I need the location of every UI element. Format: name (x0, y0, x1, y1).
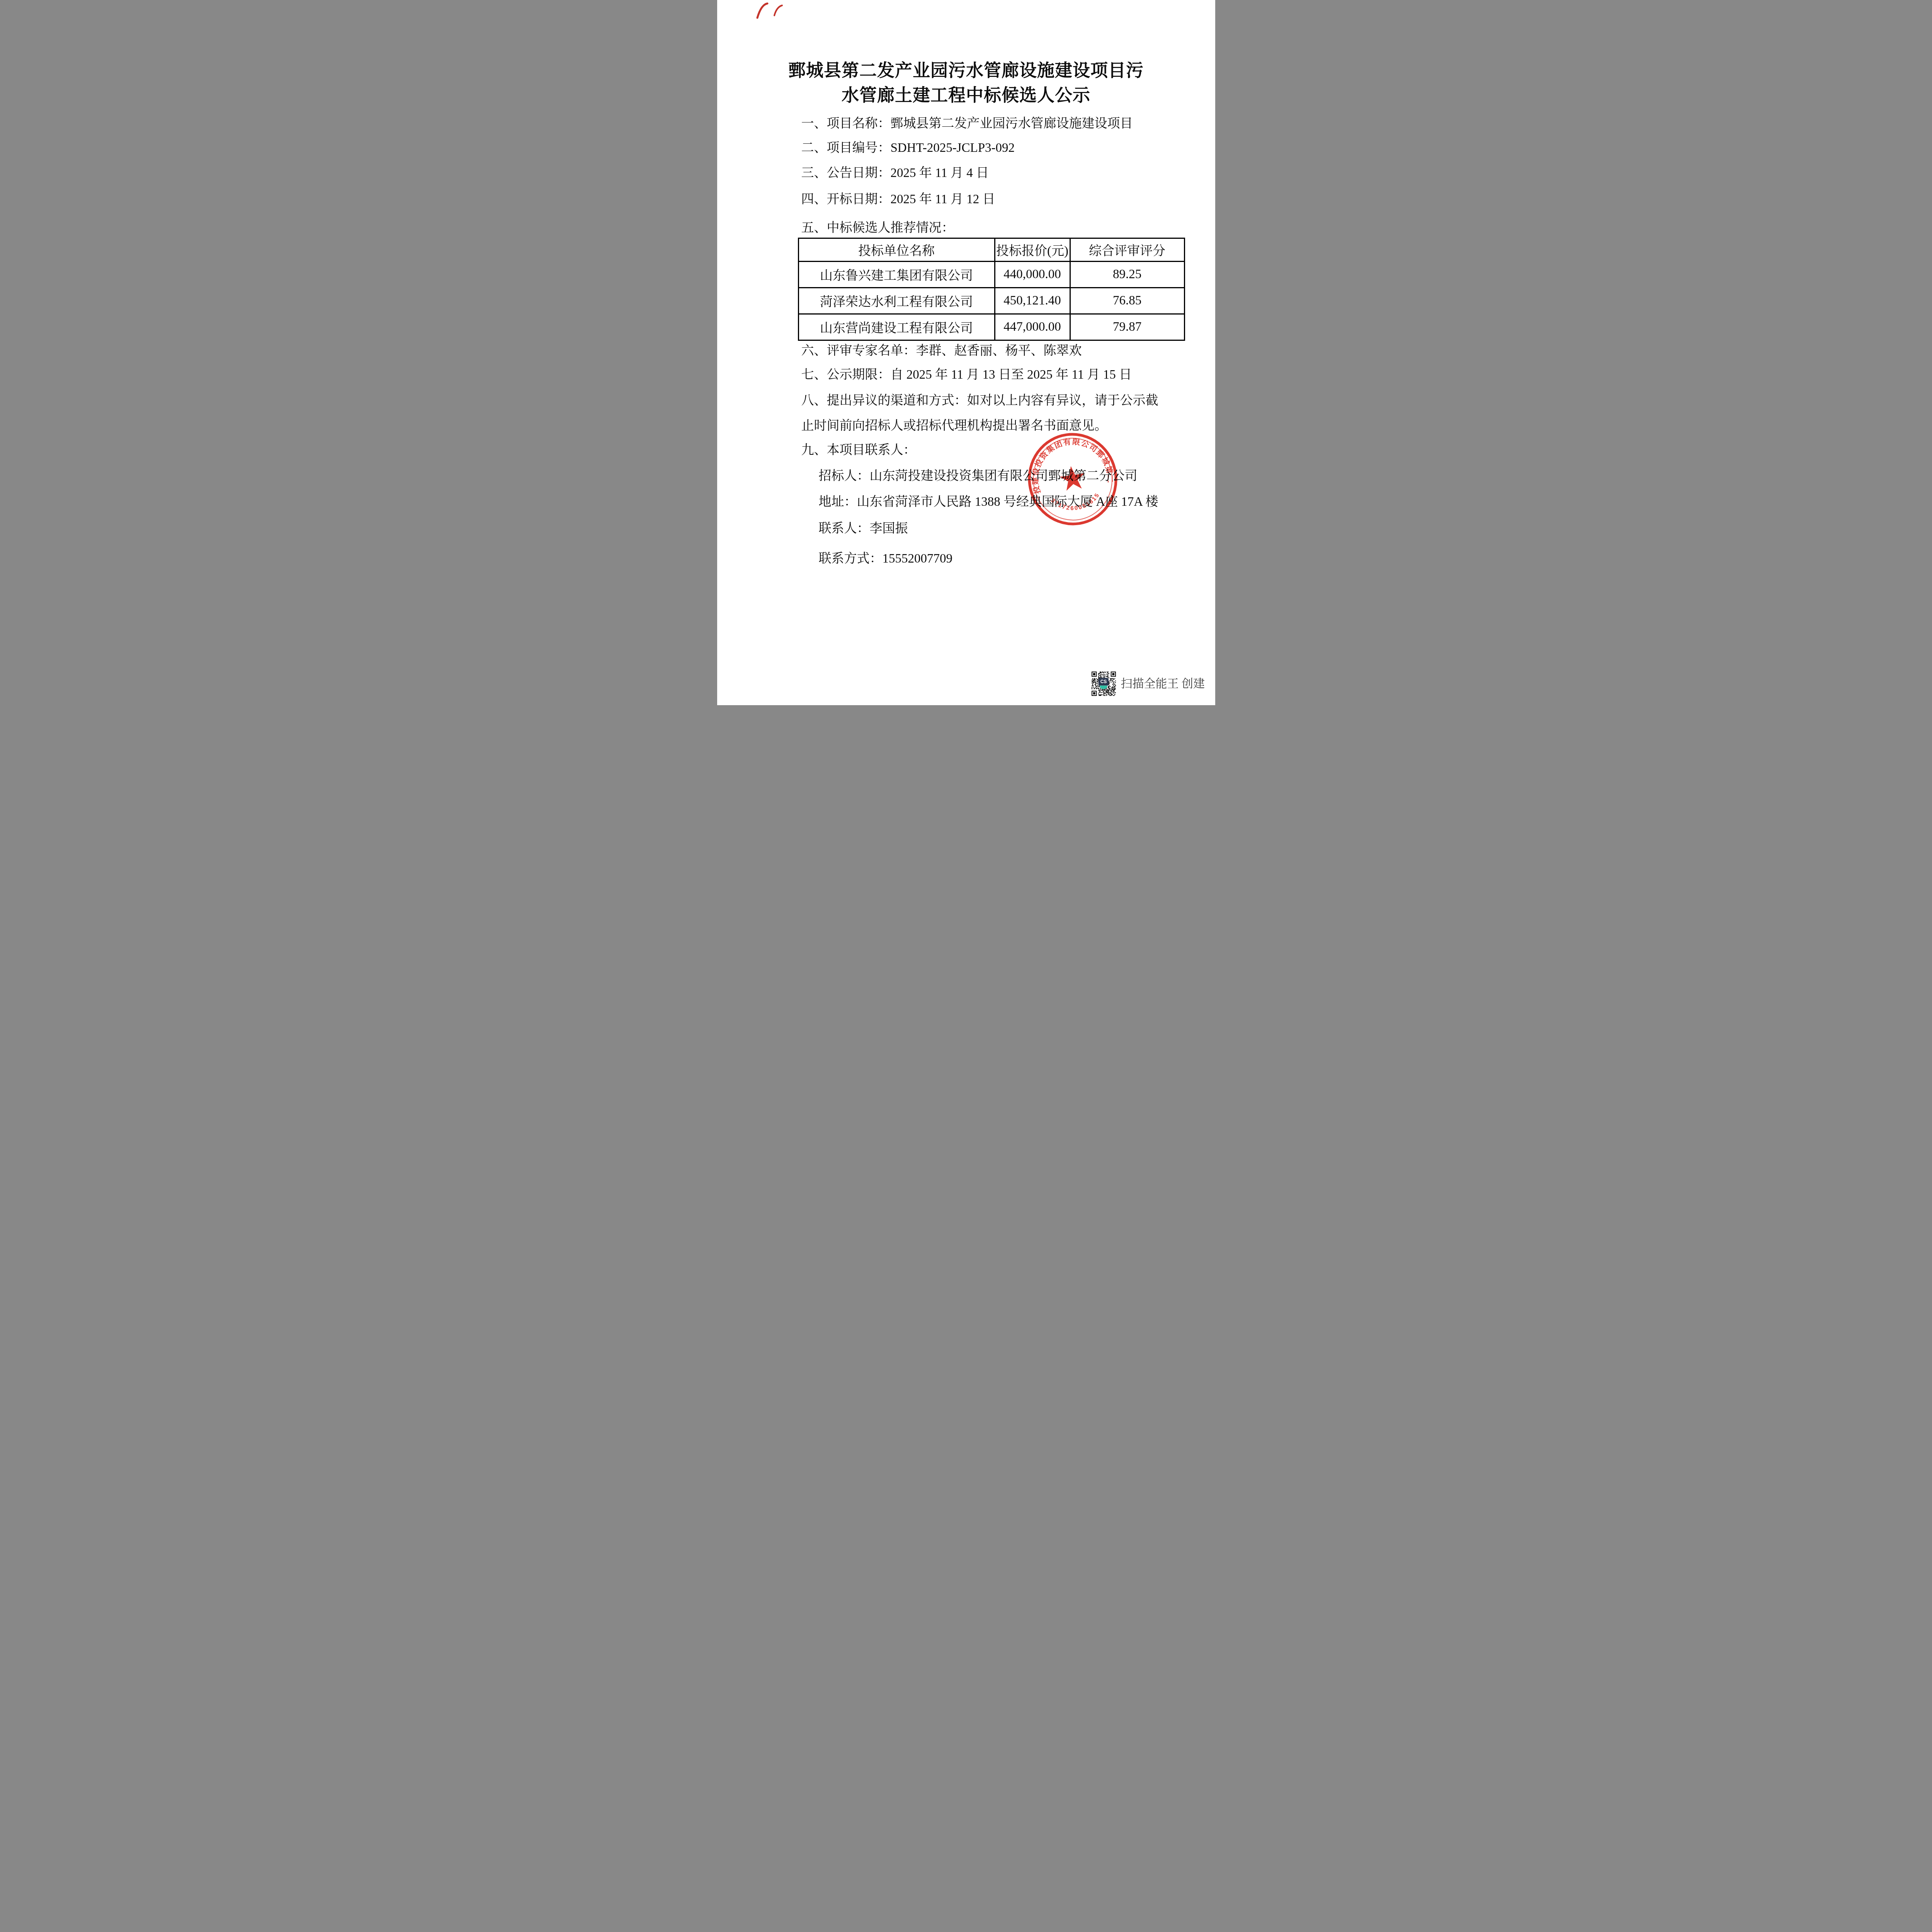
camscanner-logo: CS (1099, 678, 1109, 689)
score-cell: 79.87 (1070, 314, 1184, 340)
item-candidates-heading: 五、中标候选人推荐情况： (801, 220, 954, 236)
item-bid-open-date: 四、开标日期：2025 年 11 月 12 日 (801, 192, 995, 207)
camscanner-logo-tab (1100, 685, 1107, 689)
contact-phone: 联系方式：15552007709 (819, 551, 953, 566)
bid-price-cell: 450,121.40 (995, 288, 1070, 314)
bidder-name-cell: 菏泽荣达水利工程有限公司 (798, 288, 995, 314)
table-row: 菏泽荣达水利工程有限公司 450,121.40 76.85 (798, 288, 1184, 314)
table-row: 山东营尚建设工程有限公司 447,000.00 79.87 (798, 314, 1184, 340)
col-header-score: 综合评审评分 (1070, 238, 1184, 262)
item-project-name: 一、项目名称：鄄城县第二发产业园污水管廊设施建设项目 (801, 116, 1133, 131)
contact-person: 联系人：李国振 (819, 521, 908, 536)
seal-company-name: 山东菏投建设投资集团有限公司鄄城第二分公司 (1020, 426, 1116, 496)
item-objection-line1: 八、提出异议的渠道和方式：如对以上内容有异议，请于公示截 (801, 393, 1158, 408)
table-header-row: 投标单位名称 投标报价(元) 综合评审评分 (798, 238, 1184, 262)
document-title-line1: 鄄城县第二发产业园污水管廊设施建设项目污 (717, 60, 1215, 82)
watermark-caption: 扫描全能王 创建 (1121, 677, 1205, 691)
camscanner-logo-text: CS (1099, 678, 1109, 685)
scan-artifact-marks (754, 1, 789, 21)
svg-text:山东菏投建设投资集团有限公司鄄城第二分公司: 山东菏投建设投资集团有限公司鄄城第二分公司 (1020, 426, 1116, 496)
bidder-name-cell: 山东营尚建设工程有限公司 (798, 314, 995, 340)
qr-code: CS (1092, 672, 1116, 696)
item-contact-heading: 九、本项目联系人： (801, 442, 916, 458)
bidder-name-cell: 山东鲁兴建工集团有限公司 (798, 262, 995, 288)
table-row: 山东鲁兴建工集团有限公司 440,000.00 89.25 (798, 262, 1184, 288)
item-objection-line2: 止时间前向招标人或招标代理机构提出署名书面意见。 (801, 418, 1107, 434)
col-header-bid-price: 投标报价(元) (995, 238, 1070, 262)
item-announce-date: 三、公告日期：2025 年 11 月 4 日 (801, 165, 989, 181)
item-experts: 六、评审专家名单：李群、赵香丽、杨平、陈翠欢 (801, 343, 1082, 359)
score-cell: 76.85 (1070, 288, 1184, 314)
item-publicity-period: 七、公示期限：自 2025 年 11 月 13 日至 2025 年 11 月 1… (801, 367, 1132, 383)
score-cell: 89.25 (1070, 262, 1184, 288)
bid-price-cell: 447,000.00 (995, 314, 1070, 340)
bid-candidates-table: 投标单位名称 投标报价(元) 综合评审评分 山东鲁兴建工集团有限公司 440,0… (798, 238, 1185, 341)
contact-bidder: 招标人：山东菏投建设投资集团有限公司鄄城第二分公司 (819, 468, 1138, 484)
document-title-line2: 水管廊土建工程中标候选人公示 (717, 85, 1215, 106)
item-project-number: 二、项目编号：SDHT-2025-JCLP3-092 (801, 140, 1015, 156)
bid-price-cell: 440,000.00 (995, 262, 1070, 288)
contact-address: 地址：山东省菏泽市人民路 1388 号经典国际大厦 A座 17A 楼 (819, 494, 1158, 510)
document-page: 鄄城县第二发产业园污水管廊设施建设项目污 水管廊土建工程中标候选人公示 一、项目… (717, 0, 1215, 705)
col-header-bidder-name: 投标单位名称 (798, 238, 995, 262)
